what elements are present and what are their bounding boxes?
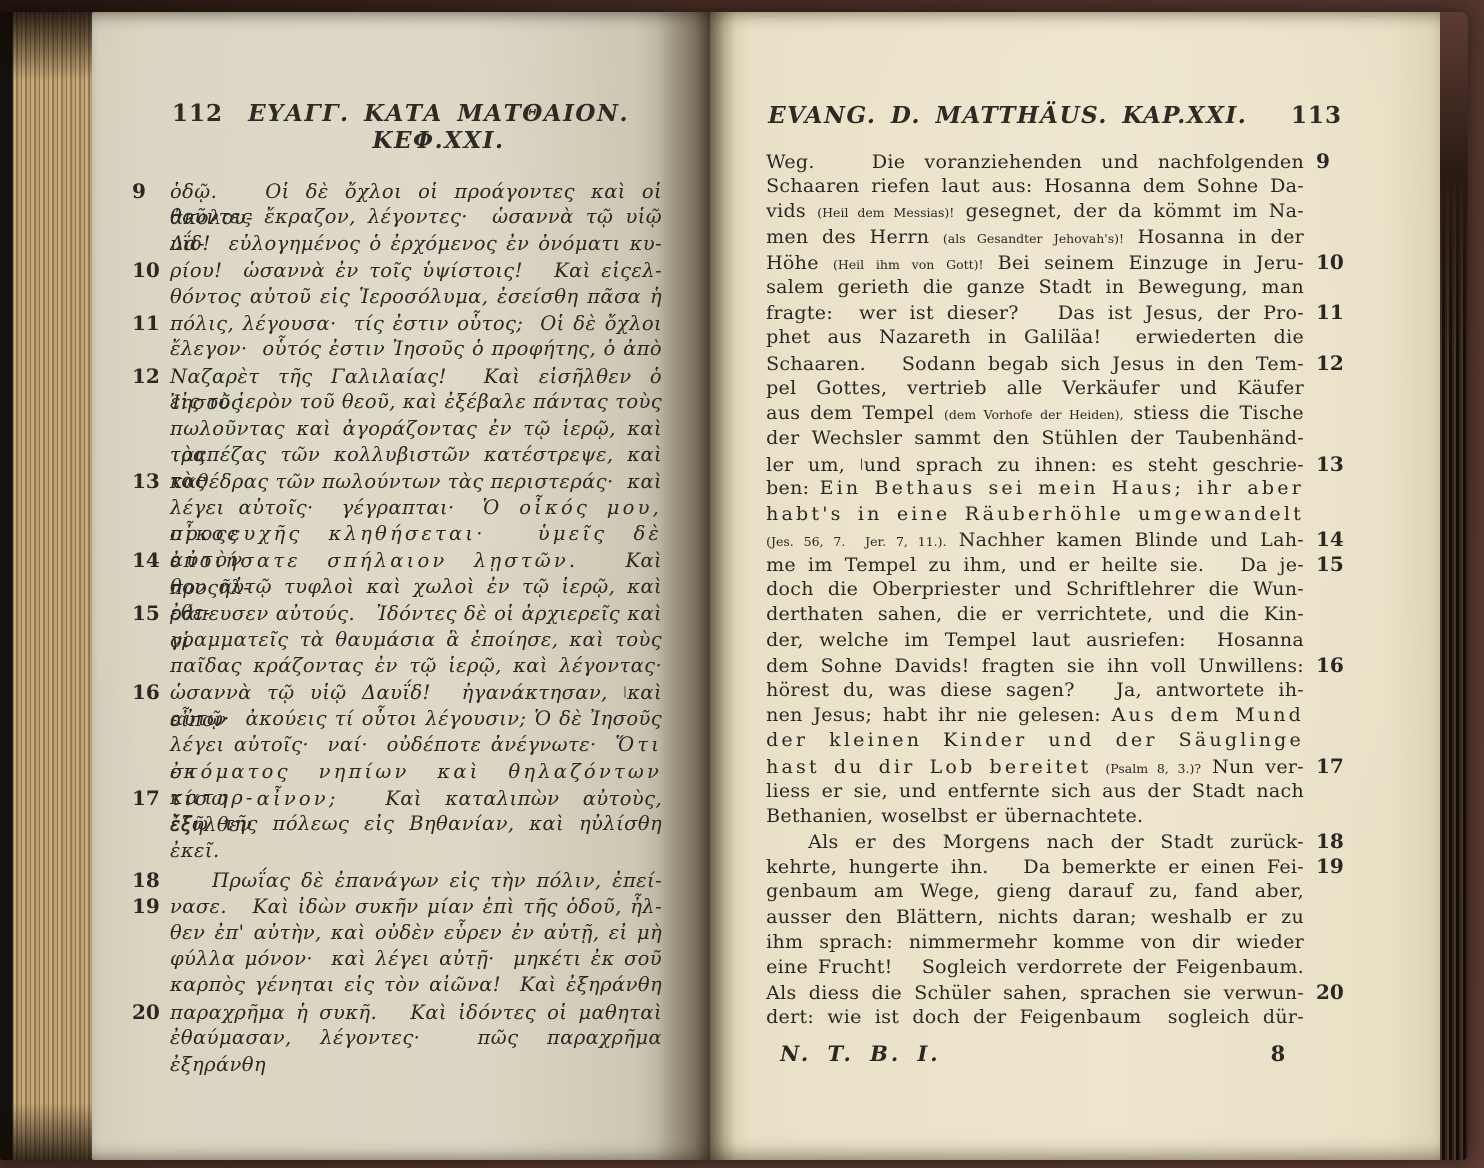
text-line: dem Sohne Davids! fragten sie ihn voll U… <box>766 653 1348 678</box>
text-line: der, welche im Tempel laut ausriefen: Ho… <box>766 628 1348 653</box>
text-line: 18Πρωΐας δὲ ἐπανάγων εἰς τὴν πόλιν, ἐπεί… <box>130 867 662 893</box>
inline-gloss: (Psalm 8, 3.)? <box>1105 761 1201 776</box>
text-line: hörest du, was diese sagen? Ja, antworte… <box>766 678 1348 703</box>
text-line: ausser den Blättern, nichts daran; wesha… <box>766 905 1348 930</box>
text-line: 9ὁδῷ. Οἱ δὲ ὄχλοι οἱ προάγοντες καὶ οἱ ἀ… <box>130 178 662 204</box>
line-text: αὐτῷ· ἀκούεις τί οὗτοι λέγουσιν; Ὁ δὲ Ἰη… <box>170 706 662 732</box>
signature-mark: N. T. B. I. <box>766 1041 941 1066</box>
line-text: νασε. Καὶ ἰδὼν συκῆν μίαν ἐπὶ τῆς ὁδοῦ, … <box>170 894 662 920</box>
line-text: salem gerieth die ganze Stadt in Bewegun… <box>766 275 1304 300</box>
text-segment: θόντος αὐτοῦ εἰς Ἱεροσόλυμα, ἐσείσθη πᾶσ… <box>170 285 662 308</box>
text-segment: τίσω αἶνον; <box>170 787 339 810</box>
line-text: (Jes. 56, 7. Jer. 7, 11.). Nachher kamen… <box>766 528 1304 554</box>
verse-number: 15 <box>1304 552 1348 577</box>
line-text: ἔξω τῆς πόλεως εἰς Βηθανίαν, καὶ ηὐλίσθη… <box>170 811 662 864</box>
text-segment: Weg. Die voranziehenden und nachfolgende… <box>766 151 1304 173</box>
text-segment: stiess die Tische <box>1124 402 1304 424</box>
text-line: 11πόλις, λέγουσα· τίς ἐστιν οὗτος; Οἱ δὲ… <box>130 310 662 336</box>
page-number-right: 113 <box>1291 102 1342 129</box>
text-line: vids (Heil dem Messias)! gesegnet, der d… <box>766 199 1348 224</box>
text-segment: Höhe <box>766 252 833 274</box>
text-segment: fragte: wer ist dieser? Das ist Jesus, d… <box>766 302 1304 324</box>
verse-number: 12 <box>130 363 170 389</box>
text-segment: Bethanien, woselbst er übernachtete. <box>766 805 1143 827</box>
text-segment: φύλλα μόνον· καὶ λέγει αὐτῇ· μηκέτι ἐκ σ… <box>170 947 662 970</box>
text-segment: Als diess die Schüler sahen, sprachen si… <box>766 982 1304 1004</box>
text-segment: ben: <box>766 477 820 499</box>
text-line: me im Tempel zu ihm, und er heilte sie. … <box>766 552 1348 577</box>
text-line: der kleinen Kinder und der Säuglinge <box>766 728 1348 753</box>
text-line: αὐτῷ· ἀκούεις τί οὗτοι λέγουσιν; Ὁ δὲ Ἰη… <box>130 706 662 732</box>
verse-number: 18 <box>130 867 170 893</box>
text-segment: εἰς τὸ ἱερὸν τοῦ θεοῦ, καὶ ἐξέβαλε πάντα… <box>170 390 662 413</box>
text-segment: καθέδρας τῶν πωλούντων τὰς περιστεράς· κ… <box>170 470 662 493</box>
text-line: θοῦντες ἔκραζον, λέγοντες· ὡσαννὰ τῷ υἱῷ… <box>130 204 662 230</box>
line-text: doch die Oberpriester und Schriftlehrer … <box>766 577 1304 602</box>
text-line: υΐδ! εὐλογημένος ὁ ἐρχόμενος ἐν ὀνόματι … <box>130 231 662 257</box>
text-line: Höhe (Heil ihm von Gott)! Bei seinem Ein… <box>766 250 1348 275</box>
line-text: genbaum am Wege, gieng darauf zu, fand a… <box>766 879 1304 904</box>
line-text: ἐθαύμασαν, λέγοντες· πῶς παραχρῆμα ἐξηρά… <box>170 1025 662 1078</box>
verse-number: 10 <box>130 257 170 283</box>
inline-gloss: (Heil dem Messias)! <box>817 205 954 220</box>
text-line: 20παραχρῆμα ἡ συκῆ. Καὶ ἰδόντες οἱ μαθητ… <box>130 999 662 1025</box>
text-line: phet aus Nazareth in Galiläa! erwiederte… <box>766 325 1348 350</box>
line-text: θεν ἐπ' αὐτὴν, καὶ οὐδὲν εὗρεν ἐν αὐτῇ, … <box>170 920 662 946</box>
text-segment: doch die Oberpriester und Schriftlehrer … <box>766 578 1304 600</box>
line-text: nen Jesus; habt ihr nie gelesen: Aus dem… <box>766 703 1304 728</box>
line-text: der kleinen Kinder und der Säuglinge <box>766 728 1304 753</box>
verse-number: 14 <box>1304 527 1348 552</box>
text-line: θόντος αὐτοῦ εἰς Ἱεροσόλυμα, ἐσείσθη πᾶσ… <box>130 284 662 310</box>
text-segment: Πρωΐας δὲ ἐπανάγων εἰς τὴν πόλιν, ἐπεί- <box>212 869 662 892</box>
line-text: Bethanien, woselbst er übernachtete. <box>766 804 1304 829</box>
left-page-header: 112 ΕΥΑΓΓ. ΚΑΤΑ ΜΑΤΘΑΙΟΝ. ΚΕΦ.XXI. <box>130 100 662 154</box>
text-line: aus dem Tempel (dem Vorhofe der Heiden),… <box>766 401 1348 426</box>
line-text: καρπὸς γένηται εἰς τὸν αἰῶνα! Καὶ ἐξηράν… <box>170 972 662 998</box>
text-line: fragte: wer ist dieser? Das ist Jesus, d… <box>766 300 1348 325</box>
text-line: γραμματεῖς τὰ θαυμάσια ἃ ἐποίησε, καὶ το… <box>130 627 662 653</box>
text-segment: θεν ἐπ' αὐτὴν, καὶ οὐδὲν εὗρεν ἐν αὐτῇ, … <box>170 921 662 944</box>
text-segment: aus dem Tempel <box>766 402 944 424</box>
text-line: παῖδας κράζοντας ἐν τῷ ἱερῷ, καὶ λέγοντα… <box>130 653 662 679</box>
line-text: παραχρῆμα ἡ συκῆ. Καὶ ἰδόντες οἱ μαθηταὶ <box>170 1000 662 1026</box>
text-line: εἰς τὸ ἱερὸν τοῦ θεοῦ, καὶ ἐξέβαλε πάντα… <box>130 389 662 415</box>
line-text: Schaaren riefen laut aus: Hosanna dem So… <box>766 174 1304 199</box>
text-segment: λέγει αὐτοῖς· ναί· οὐδέποτε ἀνέγνωτε· <box>170 733 615 756</box>
line-text: πόλις, λέγουσα· τίς ἐστιν οὗτος; Οἱ δὲ ὄ… <box>170 311 662 337</box>
line-text: εἰς τὸ ἱερὸν τοῦ θεοῦ, καὶ ἐξέβαλε πάντα… <box>170 389 662 415</box>
line-text: hast du dir Lob bereitet (Psalm 8, 3.)? … <box>766 755 1304 781</box>
verse-number: 16 <box>1304 653 1348 678</box>
text-segment: der kleinen Kinder und der Säuglinge <box>766 729 1304 751</box>
text-segment: Nun ver- <box>1201 756 1304 778</box>
line-text: aus dem Tempel (dem Vorhofe der Heiden),… <box>766 401 1304 427</box>
text-segment: ἔξω τῆς πόλεως εἰς Βηθανίαν, καὶ ηὐλίσθη… <box>170 812 669 861</box>
text-line: men des Herrn (als Gesandter Jehovah's)!… <box>766 225 1348 250</box>
text-segment: nen Jesus; habt ihr nie gelesen: <box>766 704 1112 726</box>
text-line: 16ὡσαννὰ τῷ υἱῷ Δαυΐδ! ἠγανάκτησαν, |καὶ… <box>130 679 662 705</box>
text-segment: men des Herrn <box>766 226 943 248</box>
line-text: ler um, |und sprach zu ihnen: es steht g… <box>766 451 1304 478</box>
text-segment: αὐτῷ· ἀκούεις τί οὗτοι λέγουσιν; Ὁ δὲ Ἰη… <box>170 707 662 730</box>
text-line: dert: wie ist doch der Feigenbaum soglei… <box>766 1005 1348 1030</box>
right-page-footer: N. T. B. I. 8 <box>766 1041 1348 1066</box>
text-line: pel Gottes, vertrieb alle Verkäufer und … <box>766 376 1348 401</box>
text-line: προςευχῆς κληθήσεται· ὑμεῖς δὲ αὐτὸν <box>130 521 662 547</box>
text-line: 14ἐποιήσατε σπήλαιον λῃστῶν. Καὶ προςῆλ- <box>130 547 662 573</box>
page-edge-stack-right <box>1440 12 1468 1160</box>
verse-number: 13 <box>130 468 170 494</box>
text-segment: der Wechsler sammt den Stühlen der Taube… <box>766 427 1304 449</box>
text-segment: ἐθαύμασαν, λέγοντες· πῶς παραχρῆμα ἐξηρά… <box>170 1026 669 1075</box>
line-text: ihm sprach: nimmermehr komme von dir wie… <box>766 930 1304 955</box>
text-segment: καρπὸς γένηται εἰς τὸν αἰῶνα! Καὶ ἐξηράν… <box>170 973 662 996</box>
verse-number: 19 <box>1304 854 1348 879</box>
text-line: ἔξω τῆς πόλεως εἰς Βηθανίαν, καὶ ηὐλίσθη… <box>130 811 662 837</box>
line-text: ausser den Blättern, nichts daran; wesha… <box>766 905 1304 930</box>
right-page-header: EVANG. D. MATTHÄUS. KAP.XXI. 113 <box>766 102 1348 129</box>
inline-gloss: (Heil ihm von Gott)! <box>833 257 984 272</box>
line-text: der Wechsler sammt den Stühlen der Taube… <box>766 426 1304 451</box>
line-text: der, welche im Tempel laut ausriefen: Ho… <box>766 628 1304 653</box>
text-line: Weg. Die voranziehenden und nachfolgende… <box>766 149 1348 174</box>
text-line: hast du dir Lob bereitet (Psalm 8, 3.)? … <box>766 754 1348 779</box>
text-line: ἔλεγον· οὗτός ἐστιν Ἰησοῦς ὁ προφήτης, ὁ… <box>130 336 662 362</box>
line-text: dert: wie ist doch der Feigenbaum soglei… <box>766 1005 1304 1030</box>
text-line: ihm sprach: nimmermehr komme von dir wie… <box>766 930 1348 955</box>
line-text: Als er des Morgens nach der Stadt zurück… <box>766 830 1304 855</box>
line-text: γραμματεῖς τὰ θαυμάσια ἃ ἐποίησε, καὶ το… <box>170 627 662 653</box>
text-segment: Ein Bethaus sei mein Haus; ihr aber <box>820 477 1304 499</box>
running-header-right: EVANG. D. MATTHÄUS. KAP.XXI. <box>766 102 1291 129</box>
text-segment: pel Gottes, vertrieb alle Verkäufer und … <box>766 377 1304 399</box>
running-header-left: ΕΥΑΓΓ. ΚΑΤΑ ΜΑΤΘΑΙΟΝ. ΚΕΦ.XXI. <box>223 100 662 154</box>
text-segment: liess er sie, und entfernte sich aus der… <box>766 780 1304 802</box>
line-text: pel Gottes, vertrieb alle Verkäufer und … <box>766 376 1304 401</box>
line-text: me im Tempel zu ihm, und er heilte sie. … <box>766 553 1304 578</box>
verse-number: 20 <box>1304 980 1348 1005</box>
text-segment: παραχρῆμα ἡ συκῆ. Καὶ ἰδόντες οἱ μαθηταὶ <box>170 1001 662 1024</box>
text-segment: Schaaren. Sodann begab sich Jesus in den… <box>766 353 1304 375</box>
inline-gloss: (als Gesandter Jehovah's)! <box>943 231 1124 246</box>
verse-number: 16 <box>130 679 170 705</box>
line-text: Πρωΐας δὲ ἐπανάγων εἰς τὴν πόλιν, ἐπεί- <box>170 868 662 894</box>
line-text: καθέδρας τῶν πωλούντων τὰς περιστεράς· κ… <box>170 469 662 495</box>
text-line: eine Frucht! Sogleich verdorrete der Fei… <box>766 955 1348 980</box>
line-text: men des Herrn (als Gesandter Jehovah's)!… <box>766 225 1304 251</box>
line-text: ἔλεγον· οὗτός ἐστιν Ἰησοῦς ὁ προφήτης, ὁ… <box>170 336 662 362</box>
text-segment: me im Tempel zu ihm, und er heilte sie. … <box>766 554 1304 576</box>
text-segment: ihm sprach: nimmermehr komme von dir wie… <box>766 931 1304 953</box>
text-line: (Jes. 56, 7. Jer. 7, 11.). Nachher kamen… <box>766 527 1348 552</box>
verse-number: 9 <box>1304 149 1348 174</box>
sheet-number: 8 <box>1271 1041 1286 1066</box>
text-line: Als diess die Schüler sahen, sprachen si… <box>766 980 1348 1005</box>
inline-gloss: (Jes. 56, 7. Jer. 7, 11.). <box>766 534 946 549</box>
text-line: Schaaren. Sodann begab sich Jesus in den… <box>766 351 1348 376</box>
inline-gloss: (dem Vorhofe der Heiden), <box>944 407 1124 422</box>
line-text: kehrte, hungerte ihn. Da bemerkte er ein… <box>766 855 1304 880</box>
text-line: kehrte, hungerte ihn. Da bemerkte er ein… <box>766 854 1348 879</box>
text-line: 17τίσω αἶνον; Καὶ καταλιπὼν αὐτοὺς, ἐξῆλ… <box>130 785 662 811</box>
text-line: 19νασε. Καὶ ἰδὼν συκῆν μίαν ἐπὶ τῆς ὁδοῦ… <box>130 893 662 919</box>
line-text: υΐδ! εὐλογημένος ὁ ἐρχόμενος ἐν ὀνόματι … <box>170 231 662 257</box>
verse-number: 19 <box>130 893 170 919</box>
text-line: 10ρίου! ὡσαννὰ ἐν τοῖς ὑψίστοις! Καὶ εἰς… <box>130 257 662 283</box>
text-segment: salem gerieth die ganze Stadt in Bewegun… <box>766 276 1304 298</box>
left-page: 112 ΕΥΑΓΓ. ΚΑΤΑ ΜΑΤΘΑΙΟΝ. ΚΕΦ.XXI. 9ὁδῷ.… <box>92 12 710 1160</box>
verse-number: 13 <box>1304 452 1348 477</box>
text-segment: παῖδας κράζοντας ἐν τῷ ἱερῷ, καὶ λέγοντα… <box>170 654 662 677</box>
text-line: 15ράπευσεν αὐτούς. Ἰδόντες δὲ οἱ ἀρχιερε… <box>130 600 662 626</box>
verse-number: 18 <box>1304 829 1348 854</box>
text-line: genbaum am Wege, gieng darauf zu, fand a… <box>766 879 1348 904</box>
text-line: πωλοῦντας καὶ ἀγοράζοντας ἐν τῷ ἱερῷ, κα… <box>130 416 662 442</box>
text-line: salem gerieth die ganze Stadt in Bewegun… <box>766 275 1348 300</box>
line-text: liess er sie, und entfernte sich aus der… <box>766 779 1304 804</box>
text-segment: hast du dir Lob bereitet <box>766 756 1105 778</box>
line-text: Schaaren. Sodann begab sich Jesus in den… <box>766 352 1304 377</box>
page-number-left: 112 <box>172 100 223 127</box>
text-segment: habt's in eine Räuberhöhle umgewandelt <box>766 503 1304 525</box>
right-page-lines: Weg. Die voranziehenden und nachfolgende… <box>766 149 1348 1031</box>
text-segment: der, welche im Tempel laut ausriefen: Ho… <box>766 629 1304 651</box>
text-segment: γραμματεῖς τὰ θαυμάσια ἃ ἐποίησε, καὶ το… <box>170 628 662 651</box>
text-segment: νασε. Καὶ ἰδὼν συκῆν μίαν ἐπὶ τῆς ὁδοῦ, … <box>170 895 662 918</box>
line-text: παῖδας κράζοντας ἐν τῷ ἱερῷ, καὶ λέγοντα… <box>170 653 662 679</box>
text-segment: dem Sohne Davids! fragten sie ihn voll U… <box>766 655 1304 677</box>
line-text: dem Sohne Davids! fragten sie ihn voll U… <box>766 654 1304 679</box>
left-page-lines: 9ὁδῷ. Οἱ δὲ ὄχλοι οἱ προάγοντες καὶ οἱ ἀ… <box>130 178 662 1052</box>
line-text: θόντος αὐτοῦ εἰς Ἱεροσόλυμα, ἐσείσθη πᾶσ… <box>170 284 662 310</box>
text-line: der Wechsler sammt den Stühlen der Taube… <box>766 426 1348 451</box>
line-text: Höhe (Heil ihm von Gott)! Bei seinem Ein… <box>766 251 1304 277</box>
text-segment: eine Frucht! Sogleich verdorrete der Fei… <box>766 956 1304 978</box>
line-text: fragte: wer ist dieser? Das ist Jesus, d… <box>766 301 1304 326</box>
text-segment: Nachher kamen Blinde und Lah- <box>947 529 1305 551</box>
text-line: τραπέζας τῶν κολλυβιστῶν κατέστρεψε, καὶ… <box>130 442 662 468</box>
photo-background: 112 ΕΥΑΓΓ. ΚΑΤΑ ΜΑΤΘΑΙΟΝ. ΚΕΦ.XXI. 9ὁδῷ.… <box>0 0 1484 1168</box>
verse-number: 20 <box>130 999 170 1025</box>
line-text: φύλλα μόνον· καὶ λέγει αὐτῇ· μηκέτι ἐκ σ… <box>170 946 662 972</box>
line-text: ρίου! ὡσαννὰ ἐν τοῖς ὑψίστοις! Καὶ εἰςελ… <box>170 258 662 284</box>
text-line: καρπὸς γένηται εἰς τὸν αἰῶνα! Καὶ ἐξηράν… <box>130 972 662 998</box>
text-line: λέγει αὐτοῖς· γέγραπται· Ὁ οἶκός μου, οἶ… <box>130 495 662 521</box>
right-page: EVANG. D. MATTHÄUS. KAP.XXI. 113 Weg. Di… <box>710 12 1440 1160</box>
line-text: habt's in eine Räuberhöhle umgewandelt <box>766 502 1304 527</box>
text-line: nen Jesus; habt ihr nie gelesen: Aus dem… <box>766 703 1348 728</box>
text-segment: ler um, <box>766 454 860 476</box>
text-segment: und sprach zu ihnen: es steht geschrie- <box>864 454 1304 476</box>
line-text: eine Frucht! Sogleich verdorrete der Fei… <box>766 955 1304 980</box>
text-segment: gesegnet, der da kömmt im Na- <box>954 200 1304 222</box>
text-segment: Hosanna in der <box>1124 226 1304 248</box>
text-line: ben: Ein Bethaus sei mein Haus; ihr aber <box>766 476 1348 501</box>
text-segment: hörest du, was diese sagen? Ja, antworte… <box>766 679 1304 701</box>
text-segment: Bei seinem Einzuge in Jeru- <box>984 252 1304 274</box>
text-line: derthaten sahen, die er verrichtete, und… <box>766 602 1348 627</box>
text-segment: kehrte, hungerte ihn. Da bemerkte er ein… <box>766 856 1304 878</box>
verse-number: 17 <box>130 785 170 811</box>
page-edge-stack-left <box>0 12 92 1160</box>
text-segment: Aus dem Mund <box>1112 704 1304 726</box>
line-text: Als diess die Schüler sahen, sprachen si… <box>766 981 1304 1006</box>
line-text: vids (Heil dem Messias)! gesegnet, der d… <box>766 199 1304 225</box>
text-segment: ὡσαννὰ τῷ υἱῷ Δαυΐδ! ἠγανάκτησαν, <box>170 681 623 704</box>
text-line: Bethanien, woselbst er übernachtete. <box>766 804 1348 829</box>
verse-number: 15 <box>130 600 170 626</box>
text-segment: dert: wie ist doch der Feigenbaum soglei… <box>766 1006 1304 1028</box>
text-line: 13καθέδρας τῶν πωλούντων τὰς περιστεράς·… <box>130 468 662 494</box>
text-segment: derthaten sahen, die er verrichtete, und… <box>766 603 1304 625</box>
text-line: λέγει αὐτοῖς· ναί· οὐδέποτε ἀνέγνωτε· Ὅτ… <box>130 732 662 758</box>
verse-number: 14 <box>130 547 170 573</box>
text-segment: ἔλεγον· οὗτός ἐστιν Ἰησοῦς ὁ προφήτης, ὁ… <box>170 337 662 360</box>
text-segment: υΐδ! εὐλογημένος ὁ ἐρχόμενος ἐν ὀνόματι … <box>170 232 662 255</box>
verse-number: 12 <box>1304 351 1348 376</box>
text-segment: vids <box>766 200 817 222</box>
text-segment: ἐποιήσατε σπήλαιον λῃστῶν. <box>170 549 578 572</box>
verse-number: 11 <box>1304 300 1348 325</box>
text-line: ἐθαύμασαν, λέγοντες· πῶς παραχρῆμα ἐξηρά… <box>130 1025 662 1051</box>
text-line: ler um, |und sprach zu ihnen: es steht g… <box>766 451 1348 476</box>
line-text: ben: Ein Bethaus sei mein Haus; ihr aber <box>766 476 1304 501</box>
line-text: derthaten sahen, die er verrichtete, und… <box>766 602 1304 627</box>
verse-number: 17 <box>1304 754 1348 779</box>
text-line: φύλλα μόνον· καὶ λέγει αὐτῇ· μηκέτι ἐκ σ… <box>130 946 662 972</box>
verse-number: 9 <box>130 178 170 204</box>
text-line: habt's in eine Räuberhöhle umgewandelt <box>766 502 1348 527</box>
text-line: θεν ἐπ' αὐτὴν, καὶ οὐδὲν εὗρεν ἐν αὐτῇ, … <box>130 920 662 946</box>
text-segment: Schaaren riefen laut aus: Hosanna dem So… <box>766 175 1304 197</box>
book-spread: 112 ΕΥΑΓΓ. ΚΑΤΑ ΜΑΤΘΑΙΟΝ. ΚΕΦ.XXI. 9ὁδῷ.… <box>0 12 1468 1160</box>
text-line: doch die Oberpriester und Schriftlehrer … <box>766 577 1348 602</box>
verse-number: 11 <box>130 310 170 336</box>
text-segment: ausser den Blättern, nichts daran; wesha… <box>766 906 1304 928</box>
text-segment: λέγει αὐτοῖς· γέγραπται· <box>170 496 483 519</box>
line-text: phet aus Nazareth in Galiläa! erwiederte… <box>766 325 1304 350</box>
text-segment: phet aus Nazareth in Galiläa! erwiederte… <box>766 326 1304 348</box>
line-text: Weg. Die voranziehenden und nachfolgende… <box>766 150 1304 175</box>
text-segment: genbaum am Wege, gieng darauf zu, fand a… <box>766 880 1304 902</box>
line-text: hörest du, was diese sagen? Ja, antworte… <box>766 678 1304 703</box>
text-line: Schaaren riefen laut aus: Hosanna dem So… <box>766 174 1348 199</box>
text-segment: Als er des Morgens nach der Stadt zurück… <box>808 831 1304 853</box>
text-line: στόματος νηπίων καὶ θηλαζόντων κατηρ- <box>130 759 662 785</box>
text-line: 12Ναζαρὲτ τῆς Γαλιλαίας! Καὶ εἰσῆλθεν ὁ … <box>130 363 662 389</box>
text-line: Als er des Morgens nach der Stadt zurück… <box>766 829 1348 854</box>
text-line: liess er sie, und entfernte sich aus der… <box>766 779 1348 804</box>
text-segment: πόλις, λέγουσα· τίς ἐστιν οὗτος; Οἱ δὲ ὄ… <box>170 312 662 335</box>
text-segment: ρίου! ὡσαννὰ ἐν τοῖς ὑψίστοις! Καὶ εἰςελ… <box>170 259 662 282</box>
text-line: θον αὐτῷ τυφλοὶ καὶ χωλοὶ ἐν τῷ ἱερῷ, κα… <box>130 574 662 600</box>
verse-number: 10 <box>1304 250 1348 275</box>
